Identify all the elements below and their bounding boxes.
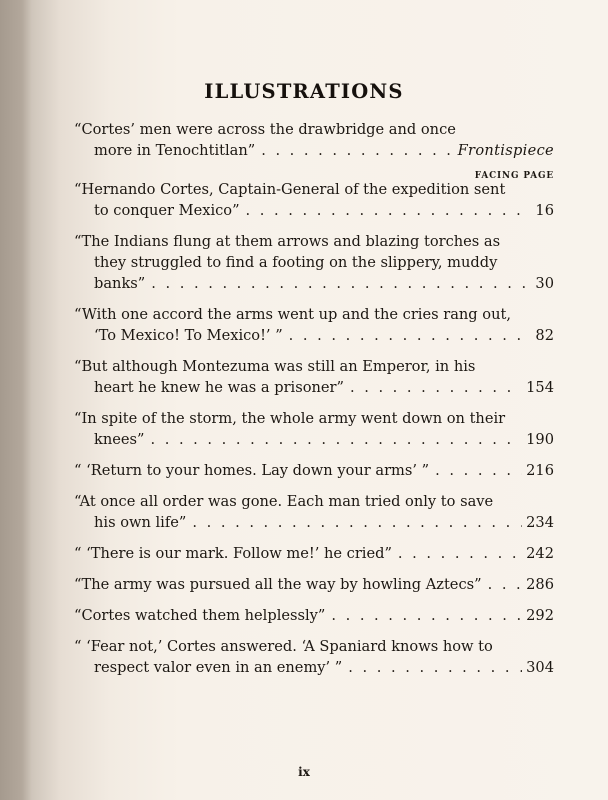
dot-leader: ........................................… [325,605,522,626]
page-reference: 242 [522,543,554,564]
caption-text: ‘To Mexico! To Mexico!’ ” [94,325,283,346]
caption-line: they struggled to find a footing on the … [74,252,554,273]
caption-leader-line: “ ‘There is our mark. Follow me!’ he cri… [74,543,554,564]
dot-leader: ........................................… [344,377,522,398]
caption-leader-line: “Cortes watched them helplessly”........… [74,605,554,626]
caption-text: “Cortes watched them helplessly” [74,605,325,626]
caption-leader-line: “The army was pursued all the way by how… [74,574,554,595]
caption-leader-line: knees”..................................… [74,429,554,450]
page-reference: 286 [522,574,554,595]
caption-leader-line: more in Tenochtitlan”...................… [74,140,554,161]
caption-text: “The army was pursued all the way by how… [74,574,482,595]
illustration-entry: “Cortes’ men were across the drawbridge … [74,119,554,161]
book-page: ILLUSTRATIONS “Cortes’ men were across t… [0,0,608,800]
dot-leader: ........................................… [255,140,453,161]
dot-leader: ........................................… [342,657,522,678]
page-number-footer: ix [0,765,608,779]
illustration-entry: “ ‘There is our mark. Follow me!’ he cri… [74,543,554,564]
page-reference: 216 [522,460,554,481]
dot-leader: ........................................… [186,512,522,533]
caption-leader-line: banks”..................................… [74,273,554,294]
illustration-entry: “ ‘Return to your homes. Lay down your a… [74,460,554,481]
dot-leader: ........................................… [429,460,522,481]
page-title: ILLUSTRATIONS [0,80,608,103]
page-reference: 292 [522,605,554,626]
caption-text: heart he knew he was a prisoner” [94,377,344,398]
illustration-entry: “Cortes watched them helplessly”........… [74,605,554,626]
caption-text: banks” [94,273,145,294]
page-reference: 30 [531,273,554,294]
caption-line: “ ‘Fear not,’ Cortes answered. ‘A Spania… [74,636,554,657]
caption-text: “ ‘There is our mark. Follow me!’ he cri… [74,543,392,564]
caption-line: “Cortes’ men were across the drawbridge … [74,119,554,140]
illustration-entry: “With one accord the arms went up and th… [74,304,554,346]
page-reference: 16 [531,200,554,221]
page-reference: 154 [522,377,554,398]
caption-line: “But although Montezuma was still an Emp… [74,356,554,377]
caption-line: “In spite of the storm, the whole army w… [74,408,554,429]
dot-leader: ........................................… [392,543,522,564]
caption-leader-line: “ ‘Return to your homes. Lay down your a… [74,460,554,481]
caption-text: his own life” [94,512,186,533]
illustration-entry: “At once all order was gone. Each man tr… [74,491,554,533]
caption-text: more in Tenochtitlan” [94,140,255,161]
illustration-entry: “Hernando Cortes, Captain-General of the… [74,179,554,221]
dot-leader: ........................................… [145,273,531,294]
page-reference: 190 [522,429,554,450]
caption-leader-line: respect valor even in an enemy’ ”.......… [74,657,554,678]
dot-leader: ........................................… [240,200,532,221]
caption-leader-line: his own life”...........................… [74,512,554,533]
caption-leader-line: ‘To Mexico! To Mexico!’ ”...............… [74,325,554,346]
caption-line: “The Indians flung at them arrows and bl… [74,231,554,252]
caption-line: “With one accord the arms went up and th… [74,304,554,325]
dot-leader: ........................................… [482,574,523,595]
dot-leader: ........................................… [144,429,522,450]
page-reference: Frontispiece [454,140,554,161]
dot-leader: ........................................… [283,325,532,346]
illustration-entry: “But although Montezuma was still an Emp… [74,356,554,398]
caption-line: “Hernando Cortes, Captain-General of the… [74,179,554,200]
illustration-entry: “ ‘Fear not,’ Cortes answered. ‘A Spania… [74,636,554,678]
illustration-entry: “In spite of the storm, the whole army w… [74,408,554,450]
caption-text: to conquer Mexico” [94,200,240,221]
caption-text: “ ‘Return to your homes. Lay down your a… [74,460,429,481]
illustrations-list: “Cortes’ men were across the drawbridge … [74,119,554,688]
caption-leader-line: to conquer Mexico”......................… [74,200,554,221]
caption-leader-line: heart he knew he was a prisoner”........… [74,377,554,398]
illustration-entry: “The Indians flung at them arrows and bl… [74,231,554,294]
caption-text: respect valor even in an enemy’ ” [94,657,342,678]
page-reference: 234 [522,512,554,533]
page-reference: 82 [531,325,554,346]
caption-text: knees” [94,429,144,450]
caption-line: “At once all order was gone. Each man tr… [74,491,554,512]
page-reference: 304 [522,657,554,678]
illustration-entry: “The army was pursued all the way by how… [74,574,554,595]
